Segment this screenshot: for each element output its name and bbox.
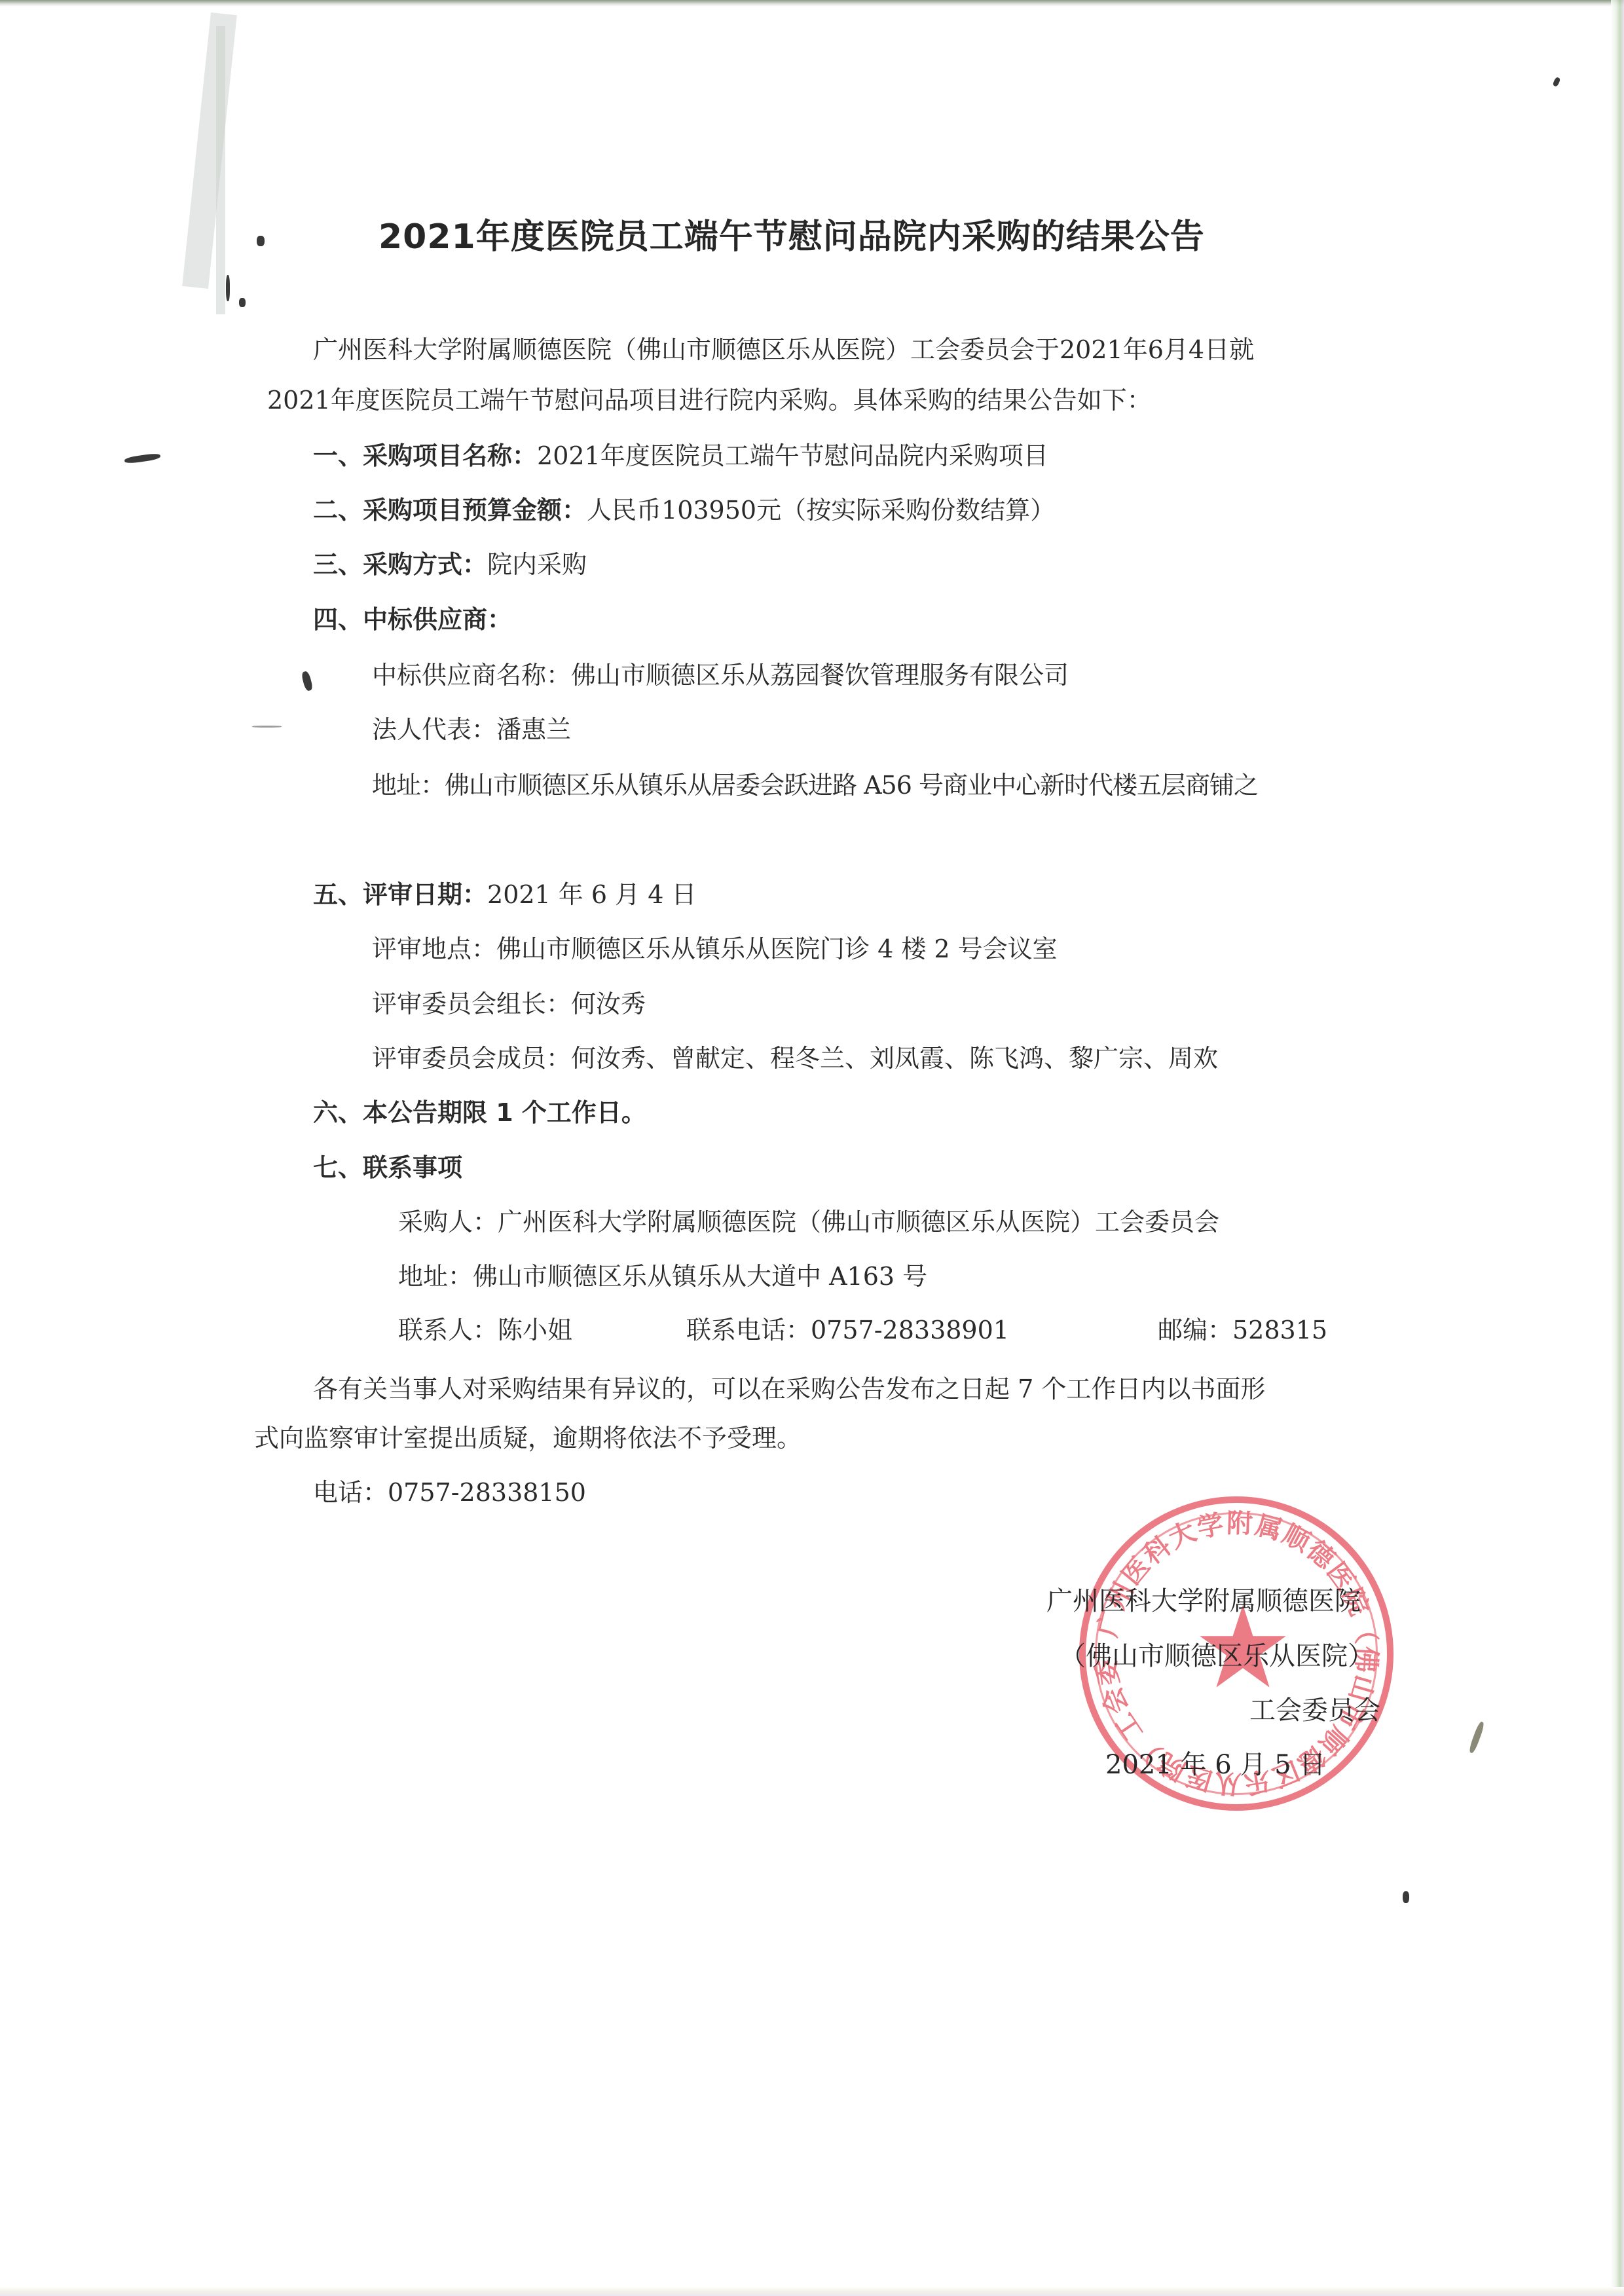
scan-speck bbox=[1552, 77, 1560, 87]
intro-line-2: 2021年度医院员工端午节慰问品项目进行院内采购。具体采购的结果公告如下： bbox=[267, 384, 1152, 416]
scan-speck bbox=[252, 726, 282, 728]
scan-speck bbox=[1468, 1721, 1485, 1754]
signature-org-line-1: 广州医科大学附属顺德医院 bbox=[1046, 1585, 1361, 1618]
scan-speck bbox=[301, 671, 313, 692]
supplier-name: 中标供应商名称：佛山市顺德区乐从荔园餐饮管理服务有限公司 bbox=[372, 659, 1069, 691]
audit-phone: 电话：0757-28338150 bbox=[313, 1477, 586, 1508]
scan-speck bbox=[226, 275, 230, 301]
supplier-legal-rep: 法人代表：潘惠兰 bbox=[372, 714, 571, 745]
section-2-value: 人民币103950元（按实际采购份数结算） bbox=[587, 496, 1055, 525]
postcode: 邮编：528315 bbox=[1158, 1314, 1327, 1346]
objection-notice-line-2: 式向监察审计室提出质疑，逾期将依法不予受理。 bbox=[254, 1422, 802, 1454]
contact-phone: 联系电话：0757-28338901 bbox=[686, 1314, 1009, 1346]
scan-speck bbox=[257, 236, 265, 246]
section-1-label: 一、采购项目名称： bbox=[313, 441, 537, 470]
review-members: 评审委员会成员：何汝秀、曾献定、程冬兰、刘凤霞、陈飞鸿、黎广宗、周欢 bbox=[372, 1043, 1218, 1074]
objection-notice-line-1: 各有关当事人对采购结果有异议的，可以在采购公告发布之日起 7 个工作日内以书面形 bbox=[313, 1373, 1265, 1405]
intro-line-1: 广州医科大学附属顺德医院（佛山市顺德区乐从医院）工会委员会于2021年6月4日就 bbox=[313, 334, 1254, 365]
purchaser: 采购人：广州医科大学附属顺德医院（佛山市顺德区乐从医院）工会委员会 bbox=[398, 1206, 1219, 1238]
signature-date: 2021 年 6 月 5 日 bbox=[1105, 1749, 1325, 1781]
section-5-label: 五、评审日期： bbox=[313, 880, 487, 909]
scan-edge-right bbox=[1611, 0, 1624, 2296]
review-leader: 评审委员会组长：何汝秀 bbox=[372, 988, 646, 1020]
page-title: 2021年度医院员工端午节慰问品院内采购的结果公告 bbox=[378, 216, 1205, 258]
scan-speck bbox=[239, 298, 246, 307]
section-4-label: 四、中标供应商： bbox=[313, 604, 512, 635]
section-3-value: 院内采购 bbox=[487, 550, 587, 579]
scan-edge-top bbox=[0, 0, 1624, 7]
section-3: 三、采购方式：院内采购 bbox=[313, 549, 587, 580]
supplier-address: 地址：佛山市顺德区乐从镇乐从居委会跃进路 A56 号商业中心新时代楼五层商铺之 bbox=[372, 769, 1258, 801]
scan-speck bbox=[124, 453, 161, 464]
signature-org-line-3: 工会委员会 bbox=[1249, 1694, 1380, 1727]
review-date: 2021 年 6 月 4 日 bbox=[487, 880, 696, 909]
section-7-label: 七、联系事项 bbox=[313, 1152, 462, 1183]
review-place: 评审地点：佛山市顺德区乐从镇乐从医院门诊 4 楼 2 号会议室 bbox=[372, 933, 1058, 965]
purchaser-address: 地址：佛山市顺德区乐从镇乐从大道中 A163 号 bbox=[398, 1261, 927, 1292]
signature-org-line-2: （佛山市顺德区乐从医院） bbox=[1060, 1640, 1374, 1673]
scan-noise bbox=[182, 12, 237, 289]
section-1: 一、采购项目名称：2021年度医院员工端午节慰问品院内采购项目 bbox=[313, 440, 1048, 472]
scan-edge-bottom bbox=[0, 2287, 1624, 2296]
section-1-value: 2021年度医院员工端午节慰问品院内采购项目 bbox=[537, 441, 1048, 470]
section-2-label: 二、采购项目预算金额： bbox=[313, 496, 587, 525]
section-3-label: 三、采购方式： bbox=[313, 550, 487, 579]
section-5: 五、评审日期：2021 年 6 月 4 日 bbox=[313, 879, 696, 910]
scan-speck bbox=[1403, 1891, 1409, 1903]
section-2: 二、采购项目预算金额：人民币103950元（按实际采购份数结算） bbox=[313, 494, 1055, 526]
section-6-label: 六、本公告期限 1 个工作日。 bbox=[313, 1097, 646, 1128]
scan-noise bbox=[216, 26, 225, 314]
contact-person: 联系人：陈小姐 bbox=[398, 1314, 572, 1346]
